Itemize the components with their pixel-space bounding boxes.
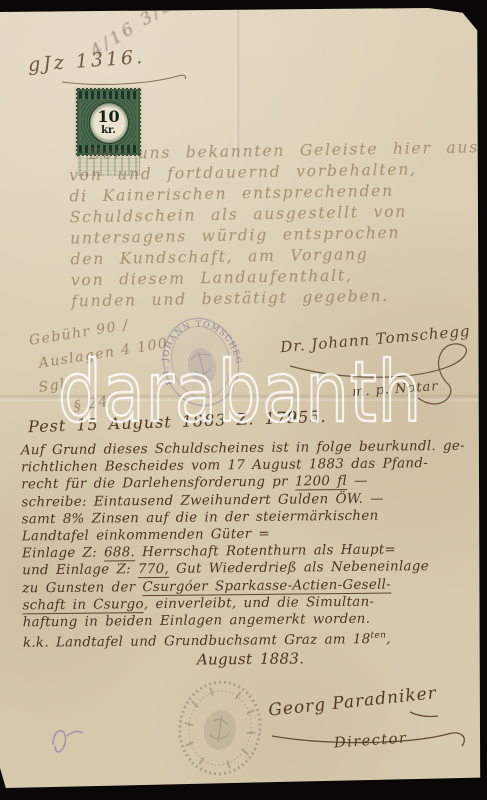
underlined-folio: 688.: [104, 545, 135, 561]
decree-paragraph: Auf Grund dieses Schuldscheines ist in f…: [21, 438, 478, 671]
decree-text: zu Gunsten der: [22, 580, 142, 596]
company-round-seal: [168, 672, 271, 784]
vertical-fold-crease: [235, 8, 239, 158]
underlined-creditor: schaft in Csurgo: [22, 597, 143, 614]
stamp-value: 10: [77, 109, 140, 125]
decree-text: ,: [386, 632, 391, 647]
decree-text: Gut Wiederdrieß als Nebeneinlage: [169, 560, 429, 578]
file-number-flourish: [60, 72, 190, 88]
underlined-folio: 770,: [138, 562, 169, 578]
faded-handwritten-paragraph: Der uns bekannten Geleiste hier aus- von…: [69, 137, 477, 312]
document-paper: 4/16 3/52 gJz 1316. 10 kr. Der uns bekan…: [0, 0, 487, 800]
decree-text: k.k. Landtafel und Grundbuchsamt Graz am…: [23, 632, 371, 651]
photo-background: 4/16 3/52 gJz 1316. 10 kr. Der uns bekan…: [0, 0, 487, 800]
decree-text: recht für die Darlehensforderung pr: [21, 475, 295, 493]
darabanth-watermark: darabanth: [58, 350, 422, 434]
underlined-amount: 1200 fl: [295, 474, 347, 491]
decree-text: —: [347, 474, 368, 489]
stamp-unit: kr.: [77, 126, 140, 136]
decree-text: , einverleibt, und die Simultan-: [144, 595, 375, 612]
superscript-ordinal: ten: [370, 631, 386, 641]
purple-ink-mark: [38, 710, 96, 768]
decree-text: Einlage Z:: [22, 546, 104, 562]
decree-text: und Einlage Z:: [22, 563, 138, 579]
decree-text: Herrschaft Rotenthurn als Haupt=: [135, 543, 396, 561]
